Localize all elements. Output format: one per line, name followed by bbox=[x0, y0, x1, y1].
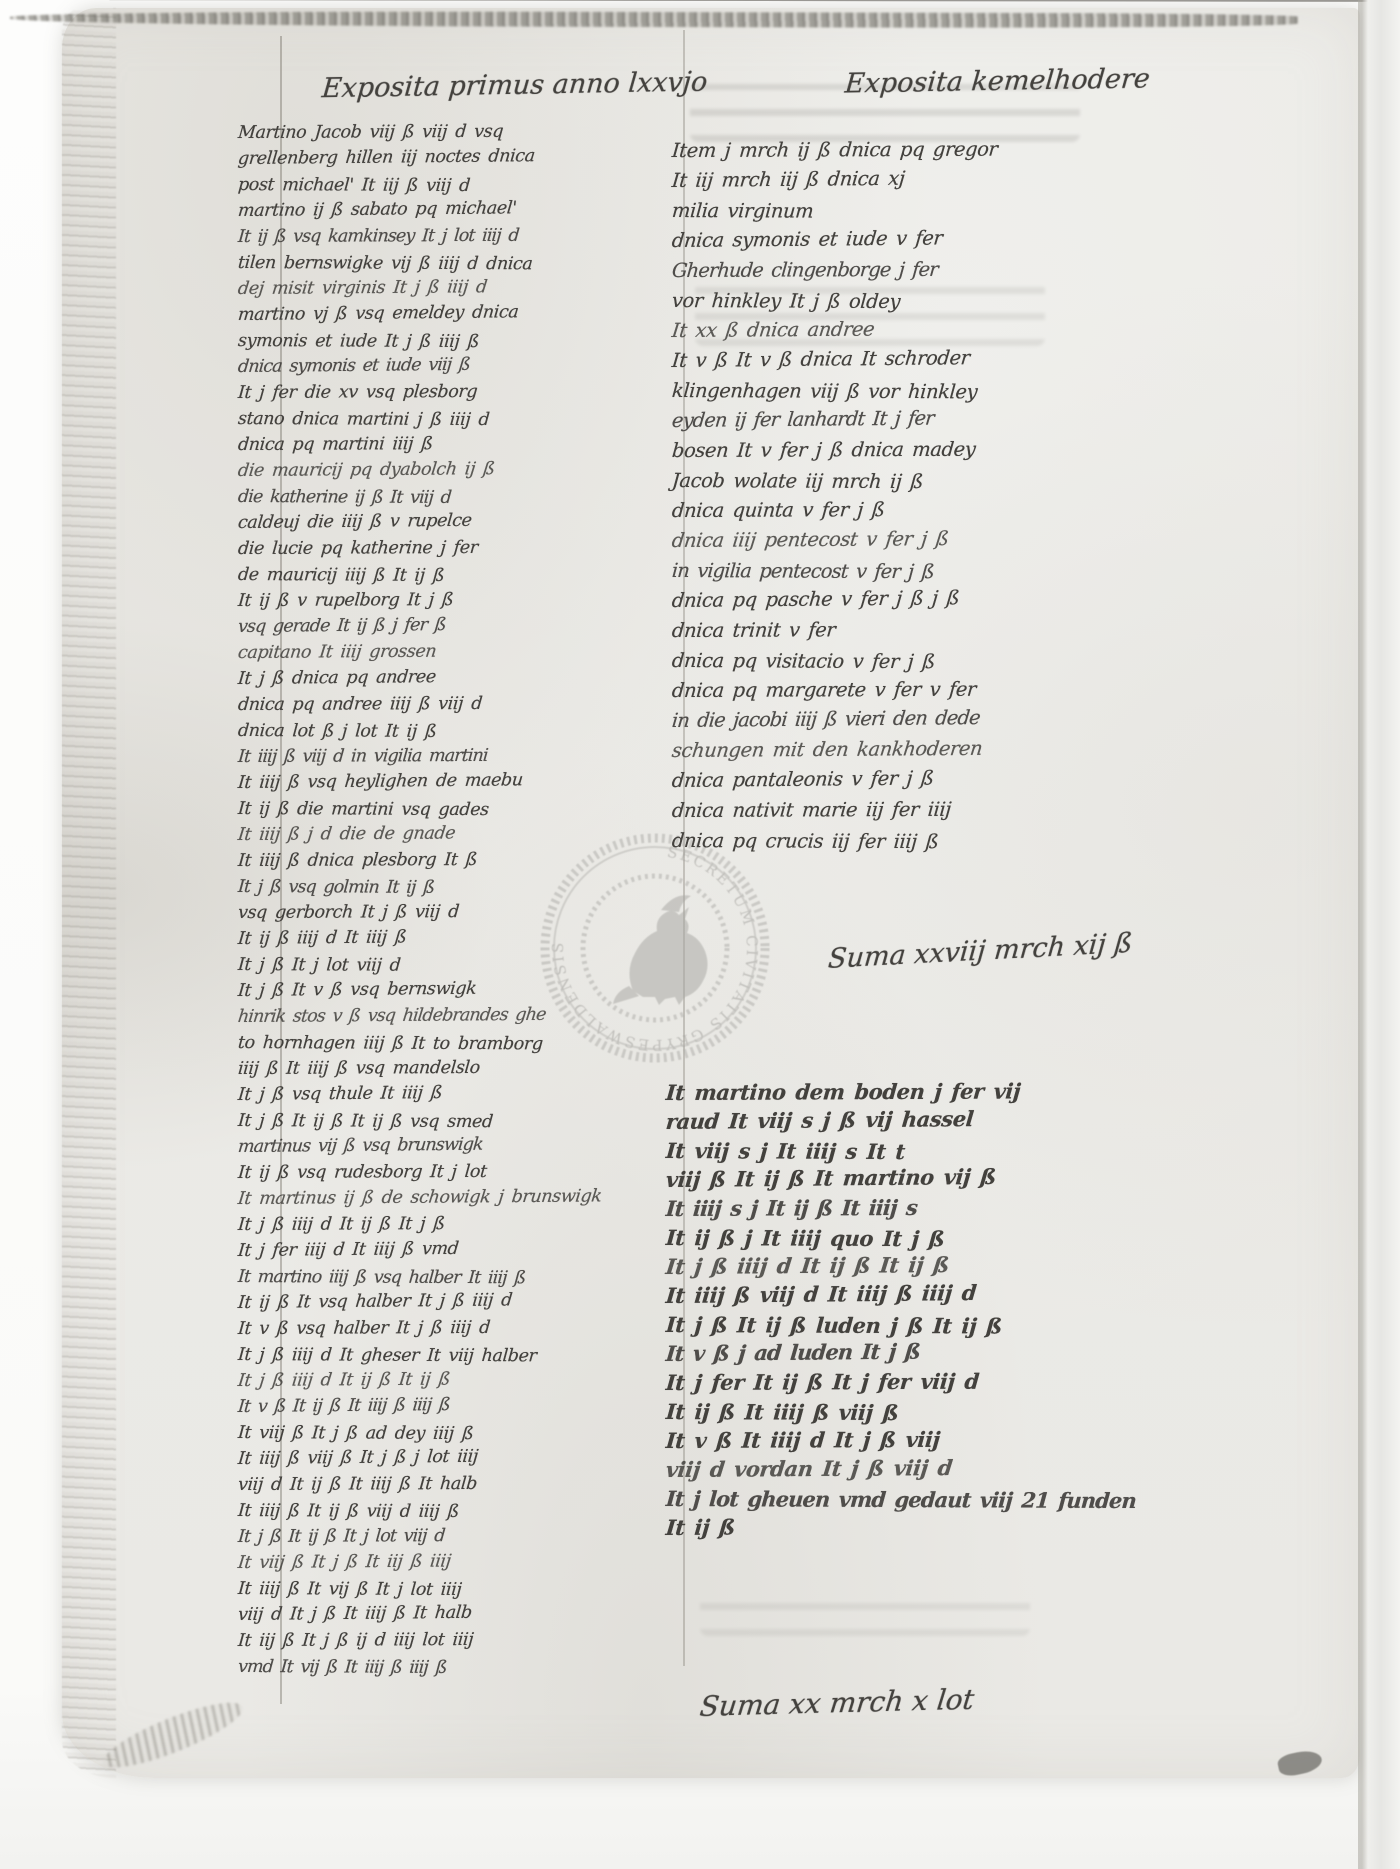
manuscript-line: It ij ß bbox=[665, 1508, 1183, 1542]
manuscript-line: dnica iiij pentecost v fer j ß bbox=[670, 522, 1173, 556]
manuscript-line: bosen It v fer j ß dnica madey bbox=[671, 434, 1173, 466]
manuscript-line: It v ß j ad luden It j ß bbox=[665, 1334, 1183, 1368]
manuscript-line: It iij ß It j ß ij d iiij lot iiij bbox=[237, 1626, 671, 1654]
manuscript-line: It v ß It ij ß It iiij ß iiij ß bbox=[237, 1390, 671, 1420]
manuscript-line: It iiij ß j d die de gnade bbox=[236, 819, 671, 848]
manuscript-line: It j fer iiij d It iiij ß vmd bbox=[237, 1234, 671, 1264]
manuscript-line: It iiij ß viij d It iiij ß iiij d bbox=[665, 1276, 1183, 1310]
manuscript-line: vsq gerade It ij ß j fer ß bbox=[237, 610, 671, 640]
manuscript-line: dnica symonis et iude v fer bbox=[671, 221, 1174, 256]
binding-edge bbox=[62, 8, 116, 1778]
right-column-heading: Exposita kemelhodere bbox=[844, 63, 1152, 99]
manuscript-line: It ij ß It vsq halber It j ß iiij d bbox=[237, 1286, 671, 1316]
manuscript-line: viij d It ij ß It iiij ß It halb bbox=[237, 1470, 671, 1498]
right-text-column-upper: Item j mrch ij ß dnica pq gregorIt iij m… bbox=[672, 136, 1172, 856]
manuscript-line: vmd It vij ß It iiij ß iiij ß bbox=[237, 1654, 671, 1682]
manuscript-line: It iij mrch iij ß dnica xj bbox=[671, 161, 1174, 196]
manuscript-line: grellenberg hillen iij noctes dnica bbox=[237, 142, 671, 172]
manuscript-line: die lucie pq katherine j fer bbox=[237, 534, 671, 562]
ink-showthrough bbox=[700, 1586, 1030, 1636]
manuscript-line: It j ß It v ß vsq bernswigk bbox=[237, 974, 671, 1004]
manuscript-line: dnica symonis et iude viij ß bbox=[237, 350, 671, 380]
manuscript-line: It viij ß It j ß It iij ß iiij bbox=[236, 1547, 671, 1576]
manuscript-line: in die jacobi iiij ß vieri den dede bbox=[671, 701, 1174, 736]
left-text-column: Martino Jacob viij ß viij d vsqgrellenbe… bbox=[238, 120, 670, 1680]
manuscript-line: eyden ij fer lanhardt It j fer bbox=[671, 401, 1174, 436]
manuscript-line: It v ß vsq halber It j ß iiij d bbox=[237, 1314, 671, 1342]
manuscript-line: It j fer It ij ß It j fer viij d bbox=[665, 1366, 1182, 1397]
manuscript-line: It ij ß iiij d It iiij ß bbox=[237, 922, 671, 952]
manuscript-line: It v ß It iiij d It j ß viij bbox=[665, 1424, 1182, 1455]
manuscript-line: martinus vij ß vsq brunswigk bbox=[237, 1130, 671, 1160]
manuscript-line: viij ß It ij ß It martino vij ß bbox=[665, 1160, 1183, 1194]
manuscript-line: dnica pq pasche v fer j ß j ß bbox=[671, 581, 1174, 616]
manuscript-line: It ij ß vsq kamkinsey It j lot iiij d bbox=[237, 222, 671, 250]
manuscript-line: hinrik stos v ß vsq hildebrandes ghe bbox=[236, 1001, 671, 1030]
manuscript-line: It iiij s j It ij ß It iiij s bbox=[665, 1192, 1182, 1223]
manuscript-line: dnica quinta v fer j ß bbox=[671, 494, 1173, 526]
manuscript-line: It j ß dnica pq andree bbox=[237, 662, 671, 692]
right-text-column-lower: It martino dem boden j fer vijraud It vi… bbox=[666, 1078, 1181, 1542]
manuscript-scan: SECRETUM CIVITATIS GRYPESWALDENSIS Expos… bbox=[0, 0, 1400, 1869]
manuscript-line: dnica pq martini iiij ß bbox=[237, 430, 671, 458]
next-folio-edge bbox=[1358, 0, 1400, 1869]
manuscript-line: caldeuj die iiij ß v rupelce bbox=[237, 506, 671, 536]
manuscript-line: It iiij ß dnica plesborg It ß bbox=[237, 846, 671, 874]
manuscript-line: It j ß It ij ß It j lot viij d bbox=[237, 1522, 671, 1550]
manuscript-line: It v ß It v ß dnica It schroder bbox=[671, 341, 1174, 376]
manuscript-line: die mauricij pq dyabolch ij ß bbox=[236, 455, 671, 484]
manuscript-line: dnica pq andree iiij ß viij d bbox=[237, 690, 671, 718]
manuscript-line: raud It viij s j ß vij hassel bbox=[665, 1102, 1183, 1136]
manuscript-line: martino ij ß sabato pq michael' bbox=[237, 194, 671, 224]
manuscript-line: It martinus ij ß de schowigk j brunswigk bbox=[236, 1183, 671, 1212]
manuscript-line: dnica nativit marie iij fer iiij bbox=[671, 794, 1173, 826]
manuscript-line: It j fer die xv vsq plesborg bbox=[237, 378, 671, 406]
manuscript-line: viij d vordan It j ß viij d bbox=[664, 1451, 1182, 1484]
manuscript-line: Gherhude clingenborge j fer bbox=[671, 254, 1173, 286]
manuscript-line: dnica trinit v fer bbox=[671, 614, 1173, 646]
manuscript-line: It j ß vsq thule It iiij ß bbox=[237, 1078, 671, 1108]
manuscript-line: dnica pantaleonis v fer j ß bbox=[671, 761, 1174, 796]
page-top-edge-line bbox=[108, 0, 1400, 2]
manuscript-line: It iiij ß vsq heylighen de maebu bbox=[237, 766, 671, 796]
manuscript-line: martino vj ß vsq emeldey dnica bbox=[237, 298, 671, 328]
manuscript-line: dnica pq crucis iij fer iiij ß bbox=[671, 826, 1173, 858]
manuscript-line: It ij ß vsq rudesborg It j lot bbox=[237, 1158, 671, 1186]
manuscript-line: It iiij ß viij ß It j ß j lot iiij bbox=[237, 1442, 671, 1472]
manuscript-line: viij d It j ß It iiij ß It halb bbox=[237, 1598, 671, 1628]
